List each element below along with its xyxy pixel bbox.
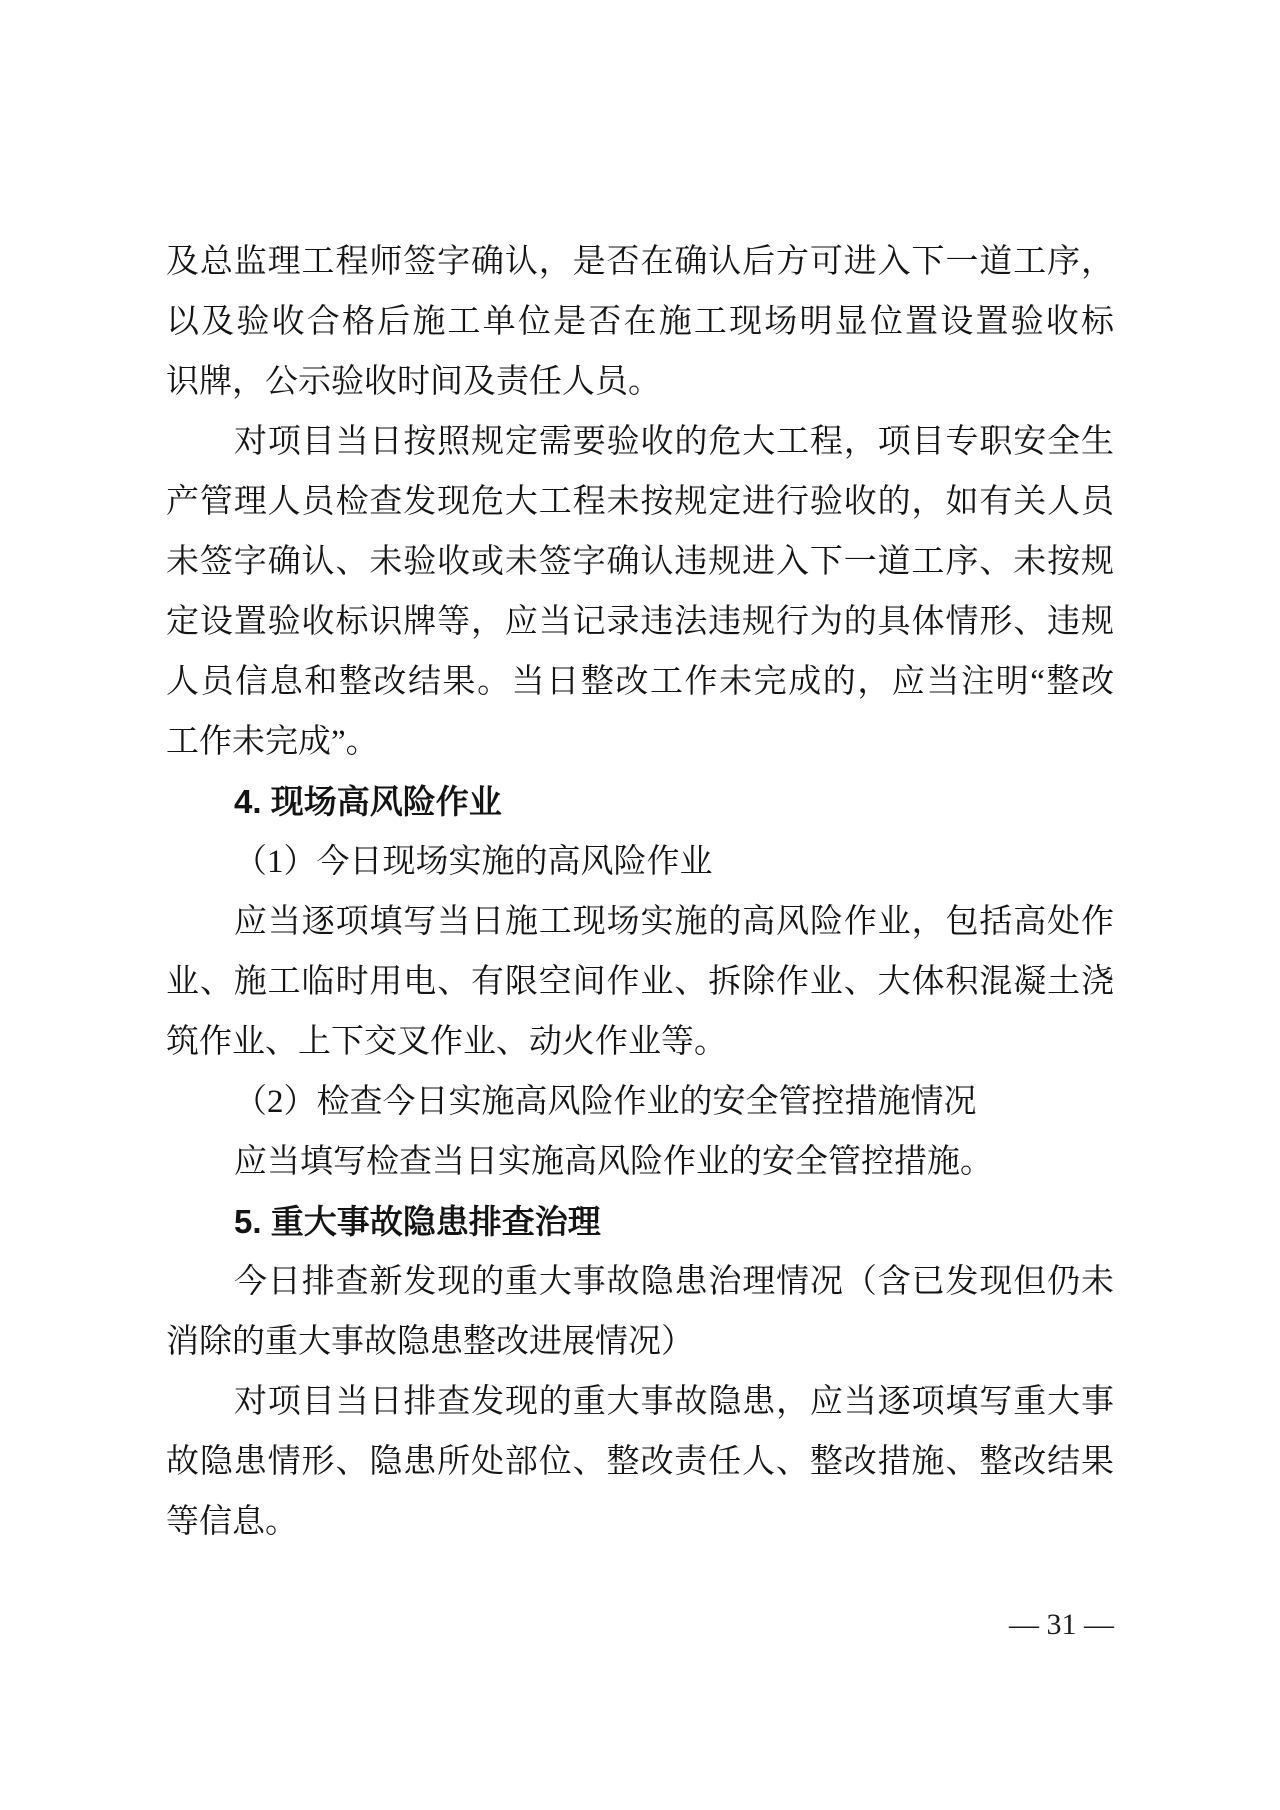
text-line: 对项目当日排查发现的重大事故隐患，应当逐项填写重大事 xyxy=(166,1372,1114,1432)
text-line: 应当填写检查当日实施高风险作业的安全管控措施。 xyxy=(166,1132,1114,1192)
text-line: 等信息。 xyxy=(166,1492,1114,1552)
text-line: 故隐患情形、隐患所处部位、整改责任人、整改措施、整改结果 xyxy=(166,1432,1114,1492)
page-footer: — 31 — xyxy=(166,1604,1114,1646)
page-number: — 31 — xyxy=(1009,1608,1114,1641)
text-line: 筑作业、上下交叉作业、动火作业等。 xyxy=(166,1012,1114,1072)
text-line: 产管理人员检查发现危大工程未按规定进行验收的，如有关人员 xyxy=(166,472,1114,532)
text-line: （2）检查今日实施高风险作业的安全管控措施情况 xyxy=(166,1072,1114,1132)
text-line: 对项目当日按照规定需要验收的危大工程，项目专职安全生 xyxy=(166,412,1114,472)
text-line: 以及验收合格后施工单位是否在施工现场明显位置设置验收标 xyxy=(166,292,1114,352)
section-heading: 4. 现场高风险作业 xyxy=(166,772,1114,832)
text-line: 消除的重大事故隐患整改进展情况） xyxy=(166,1312,1114,1372)
document-body: 及总监理工程师签字确认，是否在确认后方可进入下一道工序，以及验收合格后施工单位是… xyxy=(166,232,1114,1552)
text-line: 工作未完成”。 xyxy=(166,712,1114,772)
text-line: （1）今日现场实施的高风险作业 xyxy=(166,832,1114,892)
section-heading: 5. 重大事故隐患排查治理 xyxy=(166,1192,1114,1252)
text-line: 业、施工临时用电、有限空间作业、拆除作业、大体积混凝土浇 xyxy=(166,952,1114,1012)
text-line: 人员信息和整改结果。当日整改工作未完成的，应当注明“整改 xyxy=(166,652,1114,712)
document-page: 及总监理工程师签字确认，是否在确认后方可进入下一道工序，以及验收合格后施工单位是… xyxy=(0,0,1280,1810)
text-line: 未签字确认、未验收或未签字确认违规进入下一道工序、未按规 xyxy=(166,532,1114,592)
text-line: 应当逐项填写当日施工现场实施的高风险作业，包括高处作 xyxy=(166,892,1114,952)
text-line: 及总监理工程师签字确认，是否在确认后方可进入下一道工序， xyxy=(166,232,1114,292)
text-line: 今日排查新发现的重大事故隐患治理情况（含已发现但仍未 xyxy=(166,1252,1114,1312)
text-line: 定设置验收标识牌等，应当记录违法违规行为的具体情形、违规 xyxy=(166,592,1114,652)
text-line: 识牌，公示验收时间及责任人员。 xyxy=(166,352,1114,412)
